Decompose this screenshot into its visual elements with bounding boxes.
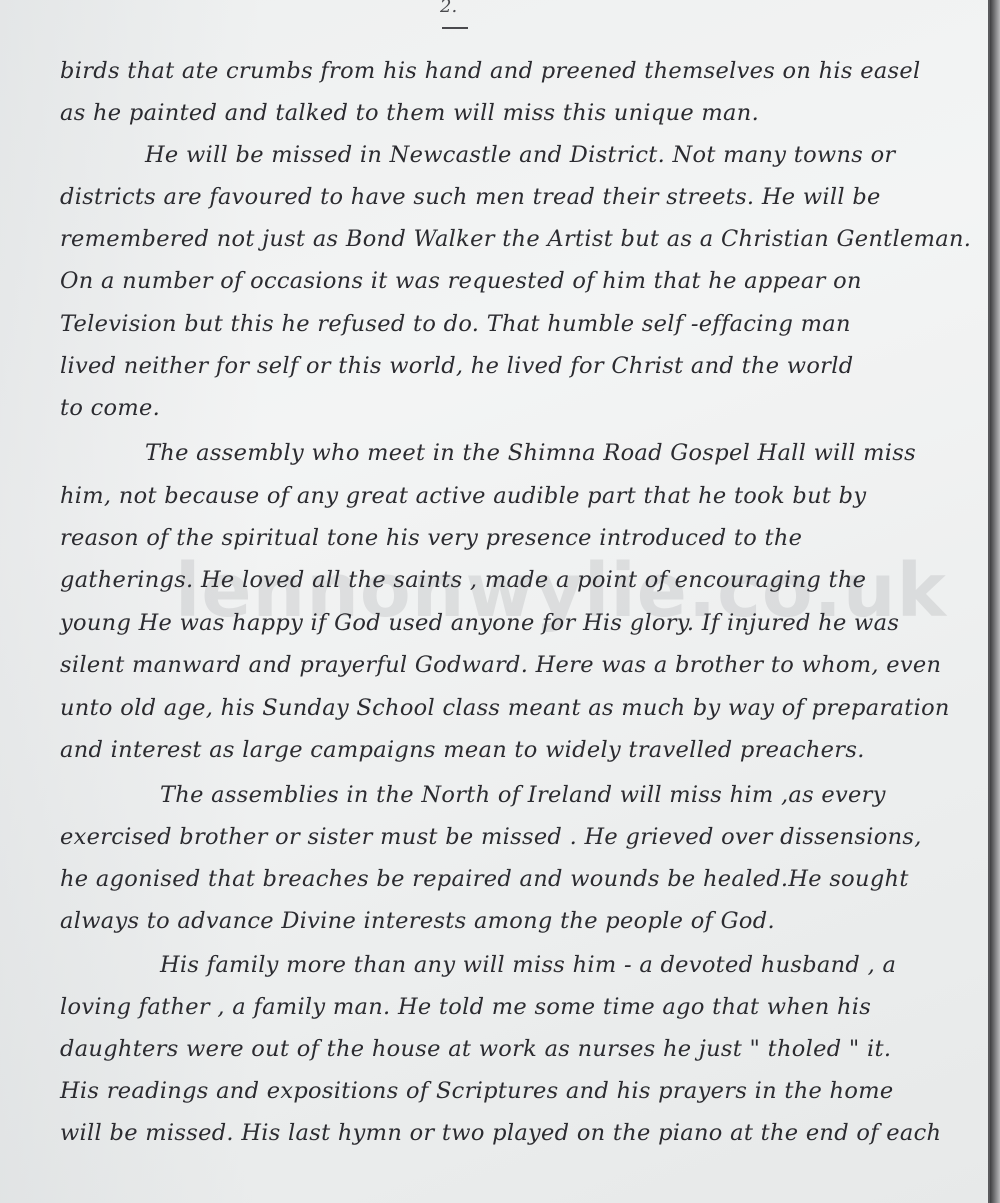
text-line: daughters were out of the house at work …	[60, 1038, 891, 1061]
page-number-underline	[442, 27, 468, 29]
text-line: birds that ate crumbs from his hand and …	[60, 60, 921, 83]
text-line: unto old age, his Sunday School class me…	[60, 697, 950, 720]
text-line: His family more than any will miss him -…	[160, 954, 896, 977]
page-number: 2.	[440, 0, 457, 17]
text-line: he agonised that breaches be repaired an…	[60, 868, 909, 891]
text-line: The assemblies in the North of Ireland w…	[160, 784, 886, 807]
text-line: districts are favoured to have such men …	[60, 186, 881, 209]
text-line: as he painted and talked to them will mi…	[60, 102, 759, 125]
text-line: him, not because of any great active aud…	[60, 485, 866, 508]
text-line: reason of the spiritual tone his very pr…	[60, 527, 802, 550]
text-line: exercised brother or sister must be miss…	[60, 826, 922, 849]
text-line: The assembly who meet in the Shimna Road…	[145, 442, 916, 465]
text-line: will be missed. His last hymn or two pla…	[60, 1122, 941, 1145]
page-shadow	[0, 0, 260, 1203]
text-line: to come.	[60, 397, 160, 420]
text-line: silent manward and prayerful Godward. He…	[60, 654, 941, 677]
text-line: loving father , a family man. He told me…	[60, 996, 871, 1019]
document-page: 2. lennonwylie.co.uk birds that ate crum…	[0, 0, 990, 1203]
text-line: always to advance Divine interests among…	[60, 910, 775, 933]
scanner-edge	[990, 0, 1000, 1203]
text-line: lived neither for self or this world, he…	[60, 355, 853, 378]
text-line: His readings and expositions of Scriptur…	[60, 1080, 893, 1103]
text-line: Television but this he refused to do. Th…	[60, 313, 851, 336]
text-line: young He was happy if God used anyone fo…	[60, 612, 899, 635]
text-line: gatherings. He loved all the saints , ma…	[60, 569, 866, 592]
text-line: remembered not just as Bond Walker the A…	[60, 228, 971, 251]
text-line: On a number of occasions it was requeste…	[60, 270, 862, 293]
text-line: and interest as large campaigns mean to …	[60, 739, 865, 762]
text-line: He will be missed in Newcastle and Distr…	[145, 144, 895, 167]
